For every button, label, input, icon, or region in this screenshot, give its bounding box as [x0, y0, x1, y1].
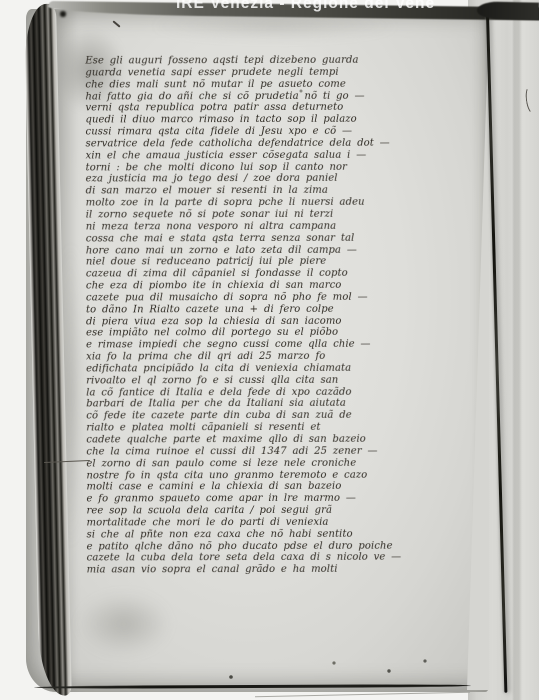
manuscript-line: molti case e camini e la chiexia di san … [86, 481, 426, 494]
manuscript-line: il zorno sequete nõ si pote sonar iui ni… [86, 209, 426, 222]
manuscript-line: e fo granmo spaueto come apar in lre mar… [86, 493, 426, 506]
manuscript-line: nostre fo in qsta cita uno granmo teremo… [86, 469, 426, 482]
manuscript-line: cõ fede ite cazete parte din cuba di san… [86, 410, 426, 423]
manuscript-line: Ese gli auguri fosseno aqsti tepi dizebe… [85, 55, 425, 68]
manuscript-line: barbari de Italia per che da Italiani si… [86, 398, 426, 411]
manuscript-line: niel doue si reduceano patricij iui ple … [86, 256, 426, 269]
top-right-page-corner [477, 1, 539, 19]
manuscript-photo: IRE Venezia - Regione del Vene Ese gli a… [0, 0, 539, 700]
manuscript-line: xin el che amaua justicia esser cõsegata… [86, 149, 426, 162]
manuscript-line: che la cima ruinoe el cussi dil 1347 adi… [86, 445, 426, 458]
manuscript-line: mia asan vio sopra el canal grãdo e ha m… [87, 564, 427, 577]
manuscript-line: mortalitade che mori le do parti di veni… [87, 516, 427, 529]
manuscript-line: hai fatto gia do añi che si cõ prudetia … [85, 90, 425, 103]
under-page-edge-line [255, 692, 470, 698]
manuscript-line: di piera viua eza sop la chiesia di san … [86, 315, 426, 328]
manuscript-line: cazete la cuba dela tore seta dela caxa … [87, 552, 427, 565]
manuscript-line: la cõ fantice di Italia e dela fede di x… [86, 386, 426, 399]
manuscript-line: servatrice dela fede catholicha defendat… [86, 137, 426, 150]
manuscript-line: di san marzo el mouer si resenti in la z… [86, 185, 426, 198]
manuscript-line: hore cano mai un zorno e lato zeta dil c… [86, 244, 426, 257]
manuscript-line: rialto e platea molti cãpanieli si resen… [86, 422, 426, 435]
manuscript-line: el zorno di san paulo come si leze nele … [86, 457, 426, 470]
manuscript-line: e rimase impiedi che segno cussi come ql… [86, 339, 426, 352]
manuscript-line: cadete qualche parte et maxime qllo di s… [86, 434, 426, 447]
paper-smudge [78, 593, 170, 655]
manuscript-line: xia fo la prima che dil qri adi 25 marzo… [86, 351, 426, 364]
manuscript-line: che eza di piombo ite in chiexia di san … [86, 280, 426, 293]
manuscript-line: cazete pua dil musaicho di sopra nõ pho … [86, 291, 426, 304]
dust-specks [0, 0, 2, 2]
manuscript-line: cazeua di zima dil cãpaniel si fondasse … [86, 268, 426, 281]
manuscript-line: eza justicia ma jo tego desi / zoe dora … [86, 173, 426, 186]
manuscript-text-block: Ese gli auguri fosseno aqsti tepi dizebe… [85, 55, 426, 577]
manuscript-line: ese impiãto nel colmo dil portego su el … [86, 327, 426, 340]
manuscript-line: edifichata pncipiãdo la cita di veniexia… [86, 362, 426, 375]
manuscript-line: torni : be che molti dicono lui sop il c… [86, 161, 426, 174]
manuscript-line: cossa che mai e stata qsta terra senza s… [86, 232, 426, 245]
watermark-text: IRE Venezia - Regione del Vene [176, 0, 435, 13]
manuscript-line: to dãno In Rialto cazete una + di fero c… [86, 303, 426, 316]
manuscript-line: verni qsta republica potra patir assa de… [85, 102, 425, 115]
manuscript-line: rivoalto el ql zorno fo e si cussi qlla … [86, 374, 426, 387]
manuscript-line: ree sop la scuola dela carita / poi segu… [86, 505, 426, 518]
manuscript-line: guarda venetia sapi esser prudete negli … [85, 66, 425, 79]
manuscript-line: e patito qlche dãno nõ pho ducato pdse e… [87, 540, 427, 553]
manuscript-line: quedi il diuo marco rimaso in tacto sop … [85, 114, 425, 127]
manuscript-line: si che al pñte non eza caxa che nõ habi … [87, 528, 427, 541]
manuscript-line: cussi rimara qsta cita fidele di Jesu xp… [86, 126, 426, 139]
manuscript-line: ni meza terza nona vesporo ni altra camp… [86, 220, 426, 233]
manuscript-line: che dies mali sunt nõ mutar il pe asueto… [85, 78, 425, 91]
manuscript-line: molto zoe in la parte di sopra pche li n… [86, 197, 426, 210]
